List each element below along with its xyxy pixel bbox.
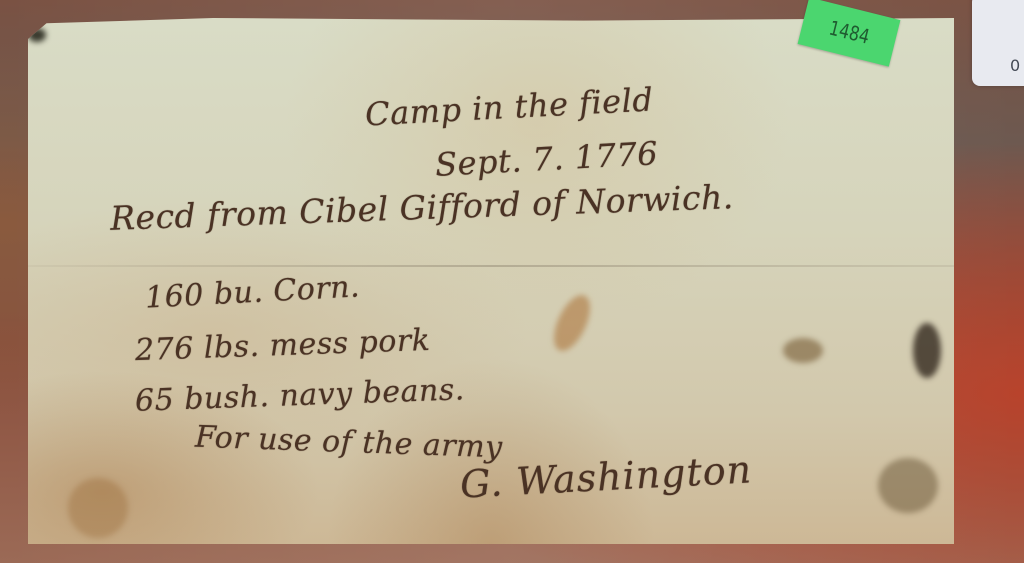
stain-mark (547, 290, 598, 356)
stain-mark (68, 478, 128, 538)
stain-mark (878, 458, 938, 513)
stain-mark (783, 338, 823, 363)
inventory-tag-number: 1484 (826, 15, 871, 48)
stain-mark (913, 323, 941, 378)
fold-crease (28, 265, 954, 267)
corner-card-text: 0 (1010, 56, 1020, 75)
corner-card: 0 (972, 0, 1024, 86)
